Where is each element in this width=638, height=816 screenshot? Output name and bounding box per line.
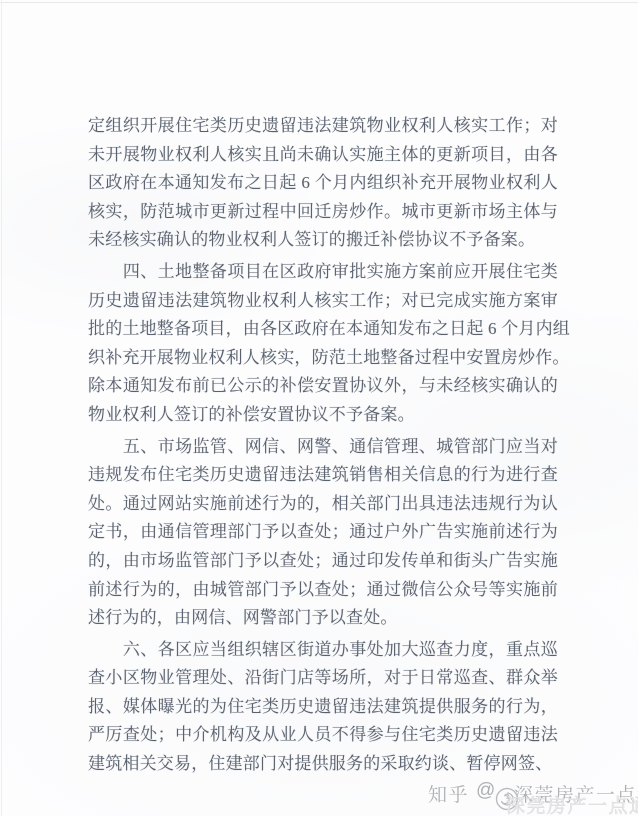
at-symbol: @ [476,780,497,802]
text-line: 违规发布住宅类历史遗留违法建筑销售相关信息的行为进行查 [88,461,558,490]
text-line: 织补充开展物业权利人核实，防范土地整备过程中安置房炒作。 [88,344,558,373]
paragraph: 定组织开展住宅类历史遗留违法建筑物业权利人核实工作；对未开展物业权利人核实且尚未… [88,112,558,255]
text-line: 建筑相关交易，住建部门对提供服务的采取约谈、暂停网签、 [88,750,558,779]
text-line: 六、各区应当组织辖区街道办事处加大巡查力度，重点巡 [88,636,558,665]
text-line: 历史遗留违法建筑物业权利人核实工作；对已完成实施方案审 [88,287,558,316]
text-line: 定组织开展住宅类历史遗留违法建筑物业权利人核实工作；对 [88,112,558,141]
paragraph: 四、土地整备项目在区政府审批实施方案前应开展住宅类历史遗留违法建筑物业权利人核实… [88,258,558,430]
text-line: 核实，防范城市更新过程中回迁房炒作。城市更新市场主体与 [88,198,558,227]
scanned-document-page: 定组织开展住宅类历史遗留违法建筑物业权利人核实工作；对未开展物业权利人核实且尚未… [0,0,638,816]
text-line: 的，由市场监管部门予以查处；通过印发传单和街头广告实施 [88,547,558,576]
text-line: 除本通知发布前已公示的补偿安置协议外，与未经核实确认的 [88,372,558,401]
zhihu-brand-text: 知乎 [428,780,469,807]
paragraph: 六、各区应当组织辖区街道办事处加大巡查力度，重点巡查小区物业管理处、沿街门店等场… [88,636,558,779]
ghost-watermark-text: 深莞房产一点通 [506,791,638,816]
document-body: 定组织开展住宅类历史遗留违法建筑物业权利人核实工作；对未开展物业权利人核实且尚未… [88,112,558,779]
page-edge-top [0,2,638,3]
text-line: 未经核实确认的物业权利人签订的搬迁补偿协议不予备案。 [88,226,558,255]
text-line: 报、媒体曝光的为住宅类历史遗留违法建筑提供服务的行为， [88,693,558,722]
text-line: 物业权利人签订的补偿安置协议不予备案。 [88,401,558,430]
text-line: 述行为的，由网信、网警部门予以查处。 [88,604,558,633]
text-line: 查小区物业管理处、沿街门店等场所，对于日常巡查、群众举 [88,664,558,693]
paragraph: 五、市场监管、网信、网警、通信管理、城管部门应当对违规发布住宅类历史遗留违法建筑… [88,433,558,633]
text-line: 处。通过网站实施前述行为的，相关部门出具违法违规行为认 [88,490,558,519]
text-line: 批的土地整备项目，由各区政府在本通知发布之日起 6 个月内组 [88,315,558,344]
text-line: 前述行为的，由城管部门予以查处；通过微信公众号等实施前 [88,576,558,605]
text-line: 四、土地整备项目在区政府审批实施方案前应开展住宅类 [88,258,558,287]
text-line: 未开展物业权利人核实且尚未确认实施主体的更新项目，由各 [88,141,558,170]
text-line: 严厉查处；中介机构及从业人员不得参与住宅类历史遗留违法 [88,721,558,750]
text-line: 区政府在本通知发布之日起 6 个月内组织补充开展物业权利人 [88,169,558,198]
text-line: 五、市场监管、网信、网警、通信管理、城管部门应当对 [88,433,558,462]
page-edge-left [1,0,2,816]
text-line: 定书，由通信管理部门予以查处；通过户外广告实施前述行为 [88,518,558,547]
